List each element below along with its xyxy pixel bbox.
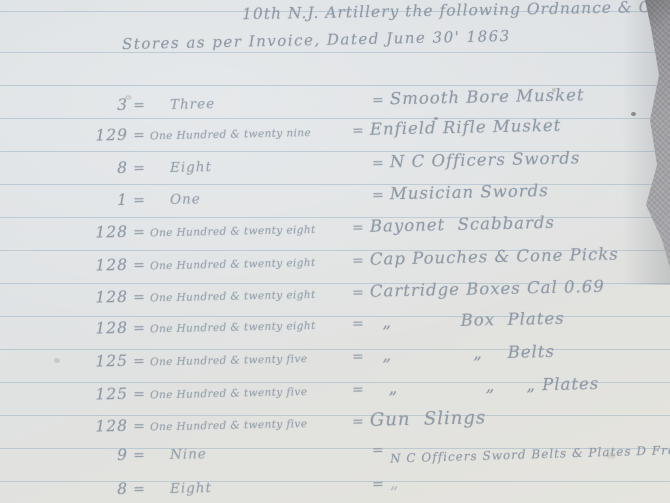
equals-sign: =	[128, 447, 150, 463]
equals-sign: =	[128, 224, 150, 240]
ledger-row: 128 = One Hundred & twenty five = Gun Sl…	[70, 407, 487, 437]
ledger-row: 128 = One Hundred & twenty eight = „ Box…	[70, 309, 565, 338]
equals-sign: =	[128, 418, 150, 434]
item-description: Bayonet Scabbards	[370, 213, 555, 236]
equals-sign: =	[128, 481, 150, 497]
item-description: N C Officers Sword Belts & Plates D Frog	[390, 443, 670, 466]
equals-sign: =	[346, 123, 370, 139]
equals-sign: =	[346, 285, 370, 301]
quantity-words: Three	[150, 93, 366, 114]
quantity-numeral: 128	[70, 223, 128, 242]
quantity-numeral: 3	[70, 96, 128, 115]
quantity-words: One Hundred & twenty eight	[150, 319, 346, 335]
header-line-2: Stores as per Invoice, Dated June 30' 18…	[122, 27, 511, 53]
quantity-numeral: 8	[70, 480, 128, 499]
ledger-row: 3 = Three = Smooth Bore Musket	[70, 85, 585, 115]
quantity-numeral: 125	[70, 385, 128, 404]
item-description: Gun Slings	[370, 407, 487, 430]
equals-sign: =	[366, 476, 390, 492]
quantity-numeral: 128	[70, 256, 128, 275]
quantity-numeral: 128	[70, 319, 128, 338]
equals-sign: =	[346, 414, 370, 430]
equals-sign: =	[128, 353, 150, 369]
quantity-numeral: 9	[70, 446, 128, 465]
equals-sign: =	[128, 257, 150, 273]
item-description: Cartridge Boxes Cal 0.69	[370, 277, 605, 301]
quantity-numeral: 8	[70, 159, 128, 178]
equals-sign: =	[346, 253, 370, 269]
ledger-row: 9 = Nine = N C Officers Sword Belts & Pl…	[70, 434, 670, 465]
item-description-ditto: „ „ Belts	[370, 342, 555, 365]
quantity-words: One	[150, 188, 366, 209]
quantity-words: One Hundred & twenty eight	[150, 223, 346, 239]
ledger-row: 125 = One Hundred & twenty five = „ „ Be…	[70, 342, 555, 371]
item-description: Musician Swords	[390, 181, 549, 203]
foxing-stain	[54, 358, 60, 363]
quantity-words: One Hundred & twenty eight	[150, 288, 346, 304]
item-description: N C Officers Swords	[390, 148, 581, 171]
ledger-row: 128 = One Hundred & twenty eight = Bayon…	[70, 213, 555, 242]
quantity-words: One Hundred & twenty nine	[150, 126, 346, 142]
item-description-ditto: „ Box Plates	[370, 309, 565, 332]
item-description: Enfield Rifle Musket	[370, 116, 562, 139]
equals-sign: =	[128, 386, 150, 402]
equals-sign: =	[128, 127, 150, 143]
ledger-row: 125 = One Hundred & twenty five = „ „ „ …	[70, 374, 600, 404]
equals-sign: =	[128, 289, 150, 305]
quantity-words: Nine	[150, 443, 366, 464]
ledger-row: 129 = One Hundred & twenty nine = Enfiel…	[70, 116, 562, 145]
quantity-words: Eight	[150, 156, 366, 177]
quantity-numeral: 128	[70, 417, 128, 436]
quantity-words: One Hundred & twenty five	[150, 417, 346, 433]
equals-sign: =	[128, 160, 150, 176]
ledger-paper: 10th N.J. Artillery the following Ordnan…	[0, 0, 670, 503]
quantity-numeral: 129	[70, 126, 128, 145]
equals-sign: =	[346, 349, 370, 365]
quantity-numeral: 1	[70, 191, 128, 210]
ledger-row: 1 = One = Musician Swords	[70, 181, 549, 210]
equals-sign: =	[346, 316, 370, 332]
equals-sign: =	[346, 220, 370, 236]
quantity-words: One Hundred & twenty five	[150, 352, 346, 368]
item-description: Smooth Bore Musket	[390, 85, 585, 108]
item-description: Cap Pouches & Cone Picks	[370, 245, 619, 269]
equals-sign: =	[366, 92, 390, 108]
equals-sign: =	[128, 192, 150, 208]
equals-sign: =	[128, 320, 150, 336]
equals-sign: =	[346, 382, 370, 398]
equals-sign: =	[366, 155, 390, 171]
ledger-row: 128 = One Hundred & twenty eight = Cartr…	[70, 277, 605, 307]
equals-sign: =	[366, 442, 390, 458]
item-description-ditto: „ „ „ Plates	[370, 374, 600, 398]
quantity-numeral: 125	[70, 352, 128, 371]
item-description-ditto: „	[390, 473, 400, 492]
ledger-row: 128 = One Hundred & twenty eight = Cap P…	[70, 245, 619, 275]
quantity-words: One Hundred & twenty five	[150, 385, 346, 401]
header-line-1: 10th N.J. Artillery the following Ordnan…	[242, 0, 670, 23]
quantity-numeral: 128	[70, 288, 128, 307]
equals-sign: =	[128, 97, 150, 113]
equals-sign: =	[366, 187, 390, 203]
quantity-words: One Hundred & twenty eight	[150, 256, 346, 272]
ledger-row: 8 = Eight = N C Officers Swords	[70, 148, 581, 178]
ledger-row: 8 = Eight = „	[70, 473, 400, 499]
quantity-words: Eight	[150, 477, 366, 498]
document-photo: 10th N.J. Artillery the following Ordnan…	[0, 0, 670, 503]
